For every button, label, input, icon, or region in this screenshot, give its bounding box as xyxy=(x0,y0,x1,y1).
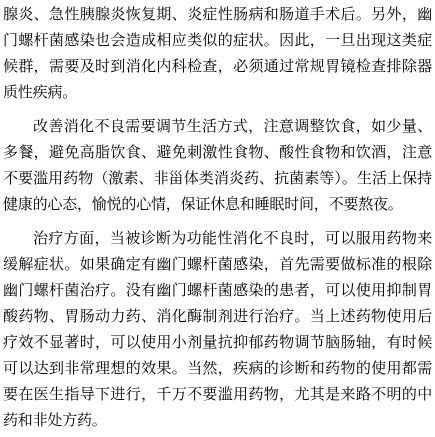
paragraph-treatment-advice: 治疗方面，当被诊断为功能性消化不良时，可以服用药物来缓解症状。如果确定有幽门螺杆… xyxy=(3,226,432,434)
paragraph-continuation: 腺炎、急性胰腺炎恢复期、炎症性肠病和肠道手术后。另外，幽门螺杆菌感染也会造成相应… xyxy=(3,2,432,106)
paragraph-lifestyle-advice: 改善消化不良需要调节生活方式，注意调整饮食，如少量、多餐，避免高脂饮食、避免刺激… xyxy=(3,114,432,218)
document-page: 腺炎、急性胰腺炎恢复期、炎症性肠病和肠道手术后。另外，幽门螺杆菌感染也会造成相应… xyxy=(0,0,435,437)
